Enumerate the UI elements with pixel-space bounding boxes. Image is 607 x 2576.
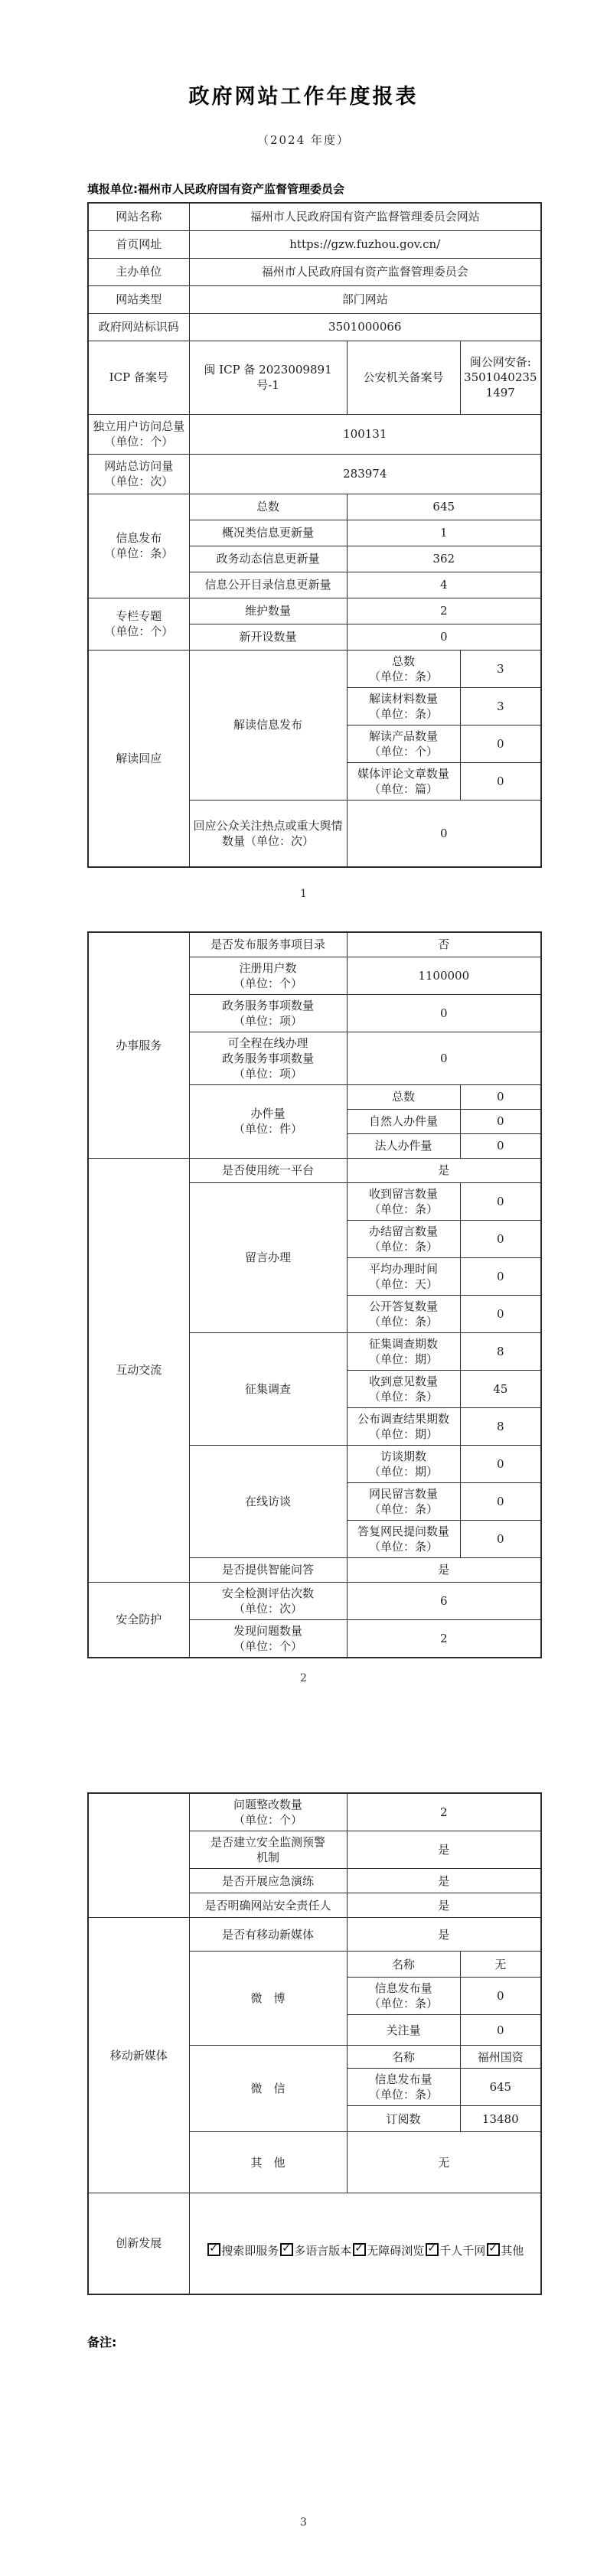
security-resp-value: 是 bbox=[347, 1893, 541, 1918]
report-table-page2: 办事服务 是否发布服务事项目录 否 注册用户数 （单位：个） 1100000 政… bbox=[87, 931, 542, 1658]
service-reg-users-value: 1100000 bbox=[347, 957, 541, 994]
info-pub-row-label: 政务动态信息更新量 bbox=[189, 546, 347, 572]
info-pub-row-label: 信息公开目录信息更新量 bbox=[189, 572, 347, 598]
checkbox-checked-icon[interactable] bbox=[280, 2243, 293, 2256]
info-pub-row-label: 概况类信息更新量 bbox=[189, 520, 347, 546]
innovation-option-label: 无障碍浏览 bbox=[367, 2244, 424, 2258]
interpret-row-label: 总数 （单位：条） bbox=[347, 650, 460, 687]
service-items-value: 0 bbox=[347, 994, 541, 1032]
newmedia-other-label: 其 他 bbox=[189, 2132, 347, 2193]
service-reg-users-label: 注册用户数 （单位：个） bbox=[189, 957, 347, 994]
interpret-row-value: 3 bbox=[460, 687, 541, 725]
hotspot-label-cell: 回应公众关注热点或重大舆情数量（单位：次） bbox=[189, 800, 347, 867]
interact-message-row-value: 0 bbox=[460, 1220, 541, 1257]
service-volume-row-value: 0 bbox=[460, 1084, 541, 1109]
organizer-value-cell: 福州市人民政府国有资产监督管理委员会 bbox=[189, 258, 541, 285]
service-online-items-label: 可全程在线办理 政务服务事项数量 （单位：项） bbox=[189, 1032, 347, 1084]
newmedia-weibo-row-label: 信息发布量 （单位：条） bbox=[347, 1978, 460, 2015]
info-pub-row-value: 645 bbox=[347, 494, 541, 520]
interact-message-row-label: 收到留言数量 （单位：条） bbox=[347, 1182, 460, 1220]
innovation-options-cell: 搜索即服务多语言版本无障碍浏览千人千网其他 bbox=[189, 2193, 541, 2294]
innovation-option: 无障碍浏览 bbox=[351, 2244, 424, 2258]
security-warn-value: 是 bbox=[347, 1831, 541, 1869]
innovation-option-label: 多语言版本 bbox=[294, 2244, 351, 2258]
site-code-value-cell: 3501000066 bbox=[189, 313, 541, 341]
unique-visitors-label-cell: 独立用户访问总量（单位：个） bbox=[88, 414, 189, 454]
interact-message-row-value: 0 bbox=[460, 1257, 541, 1295]
service-volume-row-label: 自然人办件量 bbox=[347, 1109, 460, 1133]
security-found-label: 发现问题数量 （单位：个） bbox=[189, 1619, 347, 1658]
interact-section-cell: 互动交流 bbox=[88, 1158, 189, 1582]
newmedia-wechat-row-label: 信息发布量 （单位：条） bbox=[347, 2069, 460, 2106]
checkbox-checked-icon[interactable] bbox=[426, 2243, 439, 2256]
security-resp-label: 是否明确网站安全责任人 bbox=[189, 1893, 347, 1918]
security-drill-label: 是否开展应急演练 bbox=[189, 1869, 347, 1893]
columns-section-cell: 专栏专题 （单位：个） bbox=[88, 598, 189, 650]
total-visits-label-cell: 网站总访问量 （单位：次） bbox=[88, 454, 189, 494]
newmedia-weibo-cell: 微 博 bbox=[189, 1952, 347, 2046]
newmedia-wechat-row-value: 福州国资 bbox=[460, 2046, 541, 2069]
newmedia-wechat-row-value: 13480 bbox=[460, 2106, 541, 2132]
interact-interview-row-label: 网民留言数量 （单位：条） bbox=[347, 1482, 460, 1520]
interact-qa-value: 是 bbox=[347, 1557, 541, 1582]
innovation-option-label: 其他 bbox=[501, 2244, 524, 2258]
page-number-3: 3 bbox=[0, 2516, 607, 2529]
interpret-section-cell: 解读回应 bbox=[88, 650, 189, 867]
newmedia-wechat-row-value: 645 bbox=[460, 2069, 541, 2106]
columns-row-value: 0 bbox=[347, 624, 541, 650]
newmedia-has-label: 是否有移动新媒体 bbox=[189, 1918, 347, 1952]
hotspot-value-cell: 0 bbox=[347, 800, 541, 867]
security-section-continued-cell bbox=[88, 1793, 189, 1918]
info-pub-row-value: 1 bbox=[347, 520, 541, 546]
security-check-value: 6 bbox=[347, 1582, 541, 1619]
security-section-cell: 安全防护 bbox=[88, 1582, 189, 1658]
report-table-page1: 网站名称 福州市人民政府国有资产监督管理委员会网站 首页网址 https://g… bbox=[87, 202, 542, 868]
columns-row-value: 2 bbox=[347, 598, 541, 624]
info-pub-row-label: 总数 bbox=[189, 494, 347, 520]
interpret-row-label: 媒体评论文章数量 （单位：篇） bbox=[347, 762, 460, 800]
innovation-section-cell: 创新发展 bbox=[88, 2193, 189, 2294]
icp-label-cell: ICP 备案号 bbox=[88, 341, 189, 414]
site-type-label-cell: 网站类型 bbox=[88, 285, 189, 313]
columns-row-label: 维护数量 bbox=[189, 598, 347, 624]
service-catalog-label: 是否发布服务事项目录 bbox=[189, 932, 347, 957]
innovation-option-label: 千人千网 bbox=[439, 2244, 485, 2258]
interact-unified-value: 是 bbox=[347, 1158, 541, 1182]
newmedia-has-value: 是 bbox=[347, 1918, 541, 1952]
newmedia-other-value: 无 bbox=[347, 2132, 541, 2193]
interact-interview-cell: 在线访谈 bbox=[189, 1445, 347, 1557]
interact-survey-row-value: 45 bbox=[460, 1370, 541, 1407]
newmedia-section-cell: 移动新媒体 bbox=[88, 1918, 189, 2193]
interact-interview-row-label: 访谈期数 （单位：期） bbox=[347, 1445, 460, 1482]
site-name-label-cell: 网站名称 bbox=[88, 203, 189, 230]
newmedia-weibo-row-value: 0 bbox=[460, 1978, 541, 2015]
report-table-page3: 问题整改数量 （单位：个） 2 是否建立安全监测预警 机制 是 是否开展应急演练… bbox=[87, 1792, 542, 2295]
newmedia-wechat-cell: 微 信 bbox=[189, 2046, 347, 2132]
reporting-unit-line: 填报单位:福州市人民政府国有资产监督管理委员会 bbox=[87, 181, 344, 197]
info-pub-row-value: 4 bbox=[347, 572, 541, 598]
info-pub-row-value: 362 bbox=[347, 546, 541, 572]
security-drill-value: 是 bbox=[347, 1869, 541, 1893]
interpret-row-label: 解读产品数量 （单位：个） bbox=[347, 725, 460, 762]
service-section-cell: 办事服务 bbox=[88, 932, 189, 1158]
innovation-option: 其他 bbox=[485, 2244, 524, 2258]
interact-qa-label: 是否提供智能问答 bbox=[189, 1557, 347, 1582]
interpret-row-value: 3 bbox=[460, 650, 541, 687]
service-catalog-value: 否 bbox=[347, 932, 541, 957]
innovation-option: 多语言版本 bbox=[279, 2244, 351, 2258]
page-number-2: 2 bbox=[0, 1672, 607, 1684]
home-url-label-cell: 首页网址 bbox=[88, 230, 189, 258]
checkbox-checked-icon[interactable] bbox=[487, 2243, 500, 2256]
interact-interview-row-value: 0 bbox=[460, 1520, 541, 1557]
newmedia-weibo-row-label: 名称 bbox=[347, 1952, 460, 1978]
interact-unified-label: 是否使用统一平台 bbox=[189, 1158, 347, 1182]
innovation-option: 千人千网 bbox=[424, 2244, 485, 2258]
interact-message-row-value: 0 bbox=[460, 1182, 541, 1220]
page-number-1: 1 bbox=[0, 888, 607, 900]
newmedia-wechat-row-label: 订阅数 bbox=[347, 2106, 460, 2132]
interact-interview-row-value: 0 bbox=[460, 1482, 541, 1520]
interpret-row-label: 解读材料数量 （单位：条） bbox=[347, 687, 460, 725]
interact-message-row-label: 公开答复数量 （单位：条） bbox=[347, 1295, 460, 1332]
newmedia-weibo-row-value: 无 bbox=[460, 1952, 541, 1978]
interact-interview-row-label: 答复网民提问数量 （单位：条） bbox=[347, 1520, 460, 1557]
security-fixed-label: 问题整改数量 （单位：个） bbox=[189, 1793, 347, 1831]
interact-message-cell: 留言办理 bbox=[189, 1182, 347, 1332]
site-name-value-cell: 福州市人民政府国有资产监督管理委员会网站 bbox=[189, 203, 541, 230]
total-visits-value-cell: 283974 bbox=[189, 454, 541, 494]
interact-survey-row-value: 8 bbox=[460, 1407, 541, 1445]
newmedia-weibo-row-label: 关注量 bbox=[347, 2015, 460, 2046]
notes-label: 备注: bbox=[87, 2333, 116, 2350]
innovation-option: 搜索即服务 bbox=[206, 2244, 279, 2258]
icp-value-cell: 闽 ICP 备 2023009891 号-1 bbox=[189, 341, 347, 414]
service-volume-row-value: 0 bbox=[460, 1109, 541, 1133]
site-code-label-cell: 政府网站标识码 bbox=[88, 313, 189, 341]
home-url-value-cell: https://gzw.fuzhou.gov.cn/ bbox=[189, 230, 541, 258]
police-value-cell: 闽公网安备: 35010402351497 bbox=[460, 341, 541, 414]
interact-survey-row-value: 8 bbox=[460, 1332, 541, 1370]
checkbox-checked-icon[interactable] bbox=[207, 2243, 220, 2256]
interact-survey-row-label: 收到意见数量 （单位：条） bbox=[347, 1370, 460, 1407]
service-online-items-value: 0 bbox=[347, 1032, 541, 1084]
organizer-label-cell: 主办单位 bbox=[88, 258, 189, 285]
newmedia-wechat-row-label: 名称 bbox=[347, 2046, 460, 2069]
service-items-label: 政务服务事项数量 （单位：项） bbox=[189, 994, 347, 1032]
newmedia-weibo-row-value: 0 bbox=[460, 2015, 541, 2046]
site-type-value-cell: 部门网站 bbox=[189, 285, 541, 313]
security-fixed-value: 2 bbox=[347, 1793, 541, 1831]
interact-message-row-label: 平均办理时间 （单位：天） bbox=[347, 1257, 460, 1295]
info-pub-section-cell: 信息发布 （单位：条） bbox=[88, 494, 189, 598]
unique-visitors-value-cell: 100131 bbox=[189, 414, 541, 454]
innovation-option-label: 搜索即服务 bbox=[221, 2244, 279, 2258]
service-volume-row-value: 0 bbox=[460, 1133, 541, 1158]
service-volume-row-label: 法人办件量 bbox=[347, 1133, 460, 1158]
interact-message-row-value: 0 bbox=[460, 1295, 541, 1332]
checkbox-checked-icon[interactable] bbox=[353, 2243, 366, 2256]
interpret-row-value: 0 bbox=[460, 762, 541, 800]
annual-report-document: 政府网站工作年度报表 （2024 年度） 填报单位:福州市人民政府国有资产监督管… bbox=[0, 0, 607, 2576]
interact-survey-row-label: 征集调查期数 （单位：期） bbox=[347, 1332, 460, 1370]
service-volume-row-label: 总数 bbox=[347, 1084, 460, 1109]
police-label-cell: 公安机关备案号 bbox=[347, 341, 460, 414]
security-warn-label: 是否建立安全监测预警 机制 bbox=[189, 1831, 347, 1869]
page-title: 政府网站工作年度报表 bbox=[0, 80, 607, 109]
security-found-value: 2 bbox=[347, 1619, 541, 1658]
interpret-row-value: 0 bbox=[460, 725, 541, 762]
columns-row-label: 新开设数量 bbox=[189, 624, 347, 650]
report-year-subtitle: （2024 年度） bbox=[0, 132, 607, 148]
interact-message-row-label: 办结留言数量 （单位：条） bbox=[347, 1220, 460, 1257]
interact-survey-row-label: 公布调查结果期数 （单位：期） bbox=[347, 1407, 460, 1445]
service-volume-cell: 办件量 （单位：件） bbox=[189, 1084, 347, 1158]
interpret-pub-cell: 解读信息发布 bbox=[189, 650, 347, 800]
interact-survey-cell: 征集调查 bbox=[189, 1332, 347, 1445]
security-check-label: 安全检测评估次数 （单位：次） bbox=[189, 1582, 347, 1619]
interact-interview-row-value: 0 bbox=[460, 1445, 541, 1482]
